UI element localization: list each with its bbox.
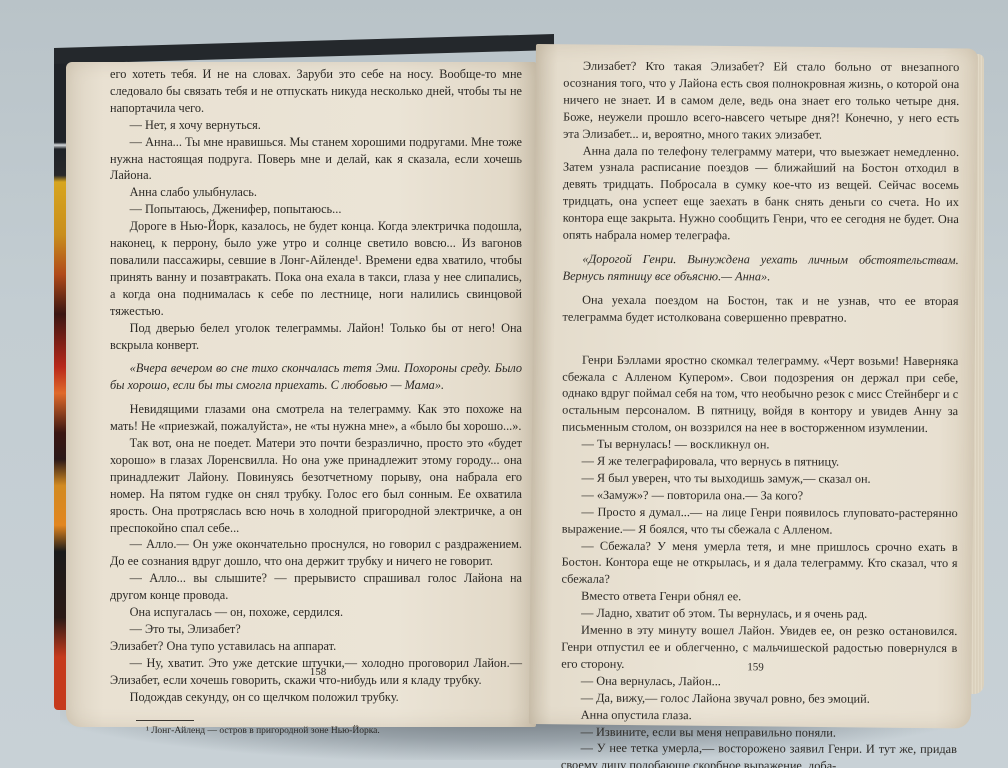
paragraph: Дороге в Нью-Йорк, казалось, не будет ко… <box>110 218 522 319</box>
page-number: 159 <box>725 661 785 674</box>
paragraph: — Да, вижу,— голос Лайона звучал ровно, … <box>561 689 957 707</box>
book-cover-top-edge <box>54 34 554 64</box>
paragraph: — Ты вернулась! — воскликнул он. <box>562 436 958 454</box>
paragraph: Так вот, она не поедет. Матери это почти… <box>110 435 522 536</box>
paragraph: его хотеть тебя. И не на словах. Заруби … <box>110 66 522 117</box>
paragraph: — Алло... вы слышите? — прерывисто спраш… <box>110 570 522 604</box>
paragraph: — Сбежала? У меня умерла тетя, и мне при… <box>562 537 958 589</box>
paragraph: Анна слабо улыбнулась. <box>110 184 522 201</box>
paragraph: — Это ты, Элизабет? <box>110 621 522 638</box>
paragraph: — «Замуж»? — повторила она.— За кого? <box>562 487 958 505</box>
paragraph: — Анна... Ты мне нравишься. Мы станем хо… <box>110 134 522 185</box>
paragraph: — Алло.— Он уже окончательно проснулся, … <box>110 536 522 570</box>
telegram-quote: «Вчера вечером во сне тихо скончалась те… <box>110 360 522 394</box>
paragraph: — Просто я думал...— на лице Генри появи… <box>562 503 958 538</box>
paragraph: — Я же телеграфировала, что вернусь в пя… <box>562 453 958 471</box>
paragraph: Она испугалась — он, похоже, сердился. <box>110 604 522 621</box>
paragraph: Анна опустила глаза. <box>561 706 957 724</box>
paragraph: Анна дала по телефону телеграмму матери,… <box>563 142 959 245</box>
paragraph: — Она вернулась, Лайон... <box>561 672 957 690</box>
paragraph: — Нет, я хочу вернуться. <box>110 117 522 134</box>
paragraph: Элизабет? Кто такая Элизабет? Ей стало б… <box>563 58 959 144</box>
paragraph: — Ладно, хватит об этом. Ты вернулась, и… <box>561 605 957 623</box>
footnote-divider <box>136 720 194 721</box>
footnote: ¹ Лонг-Айленд — остров в пригородной зон… <box>146 725 522 737</box>
paragraph: Вместо ответа Генри обнял ее. <box>561 588 957 606</box>
paragraph: — Я был уверен, что ты выходишь замуж,— … <box>562 470 958 488</box>
telegram-quote: «Дорогой Генри. Вынуждена уехать личным … <box>563 251 959 286</box>
left-page-text: его хотеть тебя. И не на словах. Заруби … <box>110 66 522 737</box>
paragraph: Элизабет? Она тупо уставилась на аппарат… <box>110 638 522 655</box>
paragraph: Подождав секунду, он со щелчком положил … <box>110 689 522 706</box>
paragraph: Под дверью белел уголок телеграммы. Лайо… <box>110 320 522 354</box>
page-number: 158 <box>288 666 348 678</box>
paragraph: Генри Бэллами яростно скомкал телеграмму… <box>562 351 958 437</box>
paragraph: Невидящими глазами она смотрела на телег… <box>110 401 522 435</box>
paragraph: — Попытаюсь, Дженифер, попытаюсь... <box>110 201 522 218</box>
paragraph: — Извините, если вы меня неправильно пон… <box>561 723 957 741</box>
paragraph: Она уехала поездом на Бостон, так и не у… <box>562 291 958 326</box>
right-page: Элизабет? Кто такая Элизабет? Ей стало б… <box>529 44 978 729</box>
paragraph: — У нее тетка умерла,— восторожено заяви… <box>561 740 957 768</box>
left-page: его хотеть тебя. И не на словах. Заруби … <box>66 62 536 727</box>
